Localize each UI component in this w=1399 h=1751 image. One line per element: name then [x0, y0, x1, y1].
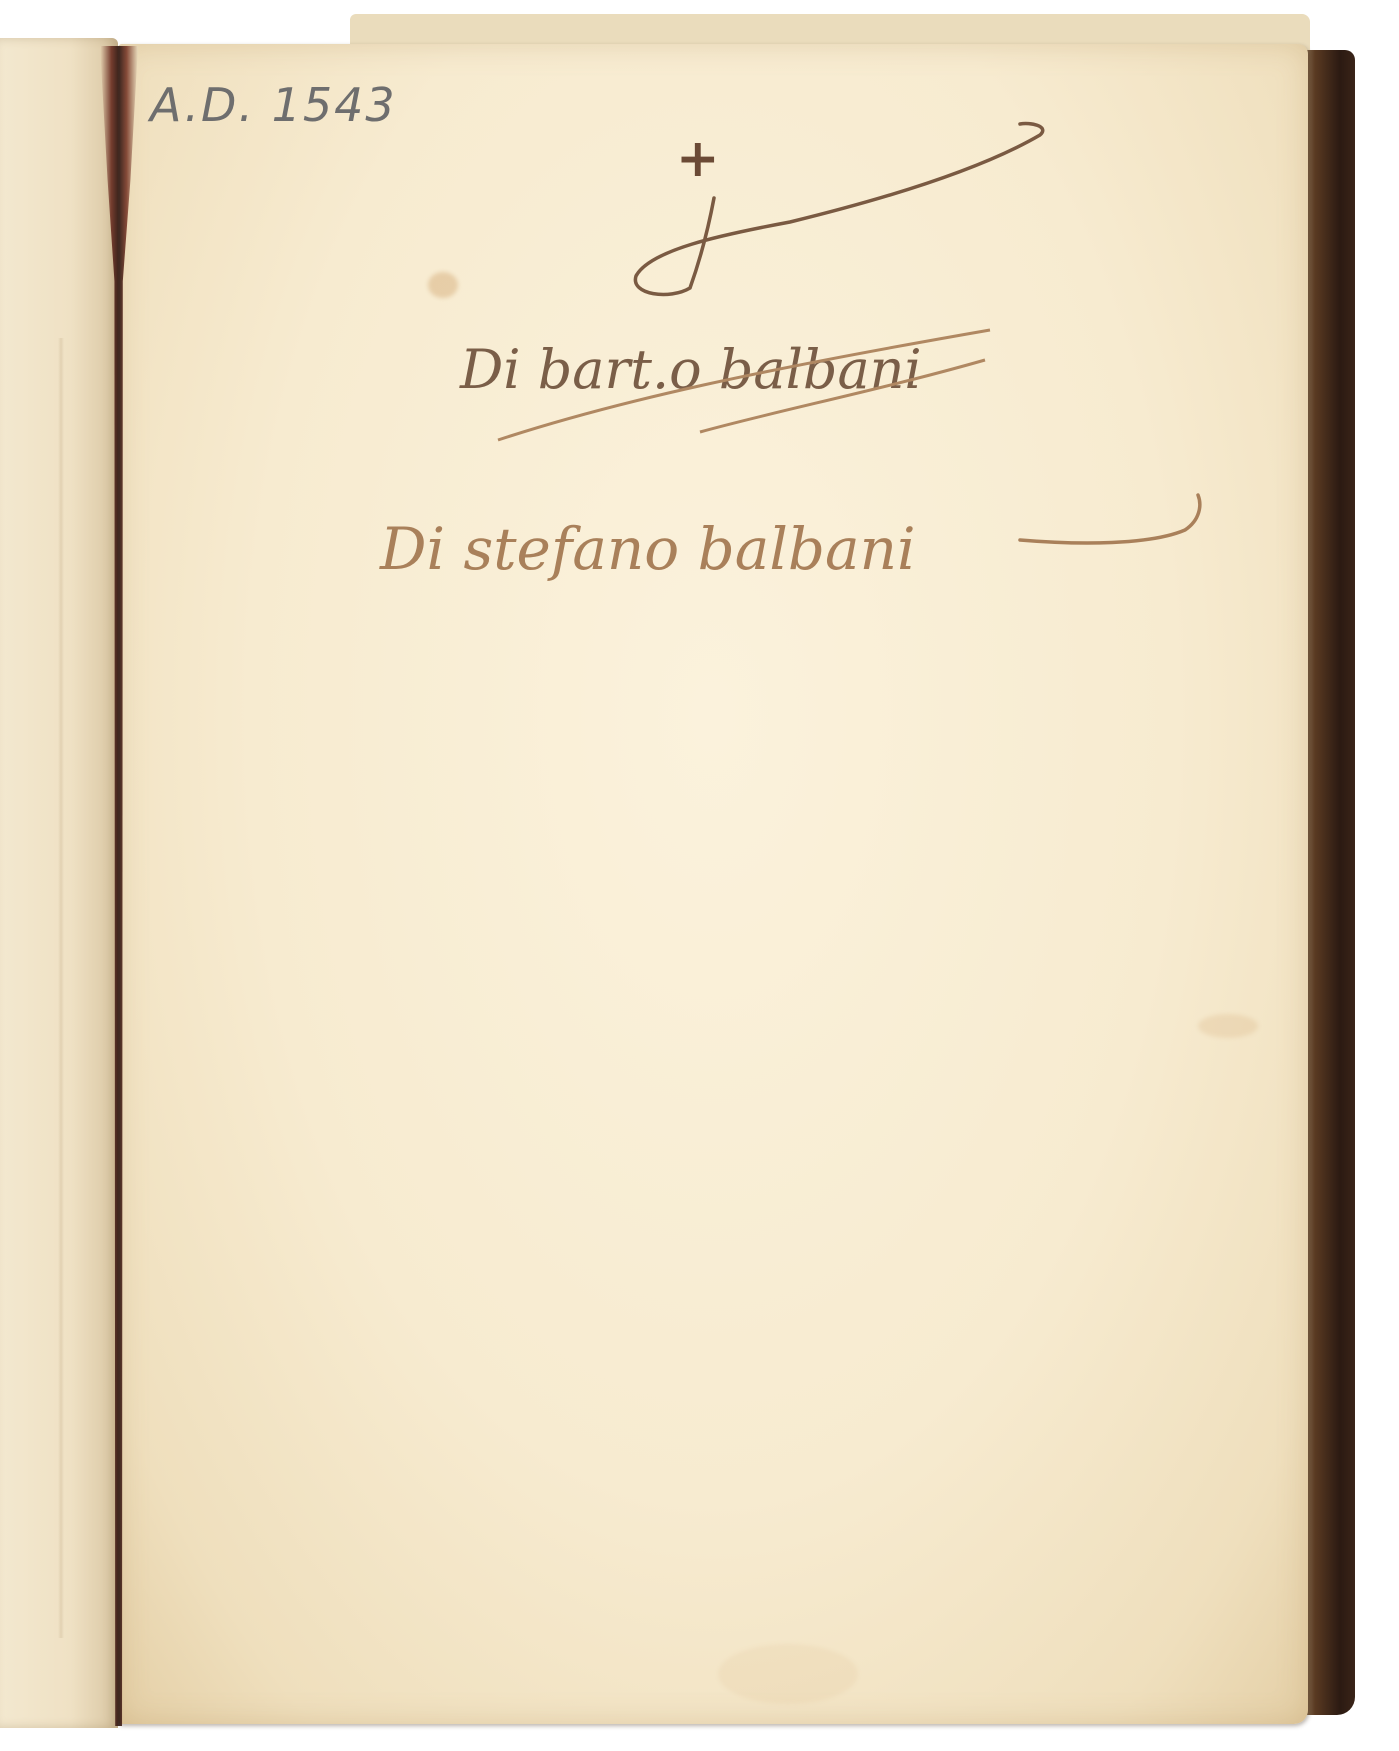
ink-stain: [428, 272, 458, 298]
foxing-stain: [718, 1644, 858, 1704]
book-photograph: A.D. 1543 + Di bart.o balbani Di stefano…: [0, 0, 1399, 1751]
ownership-inscription: Di stefano balbani: [380, 515, 916, 583]
struck-ownership-inscription: Di bart.o balbani: [460, 338, 922, 401]
pencil-date-note: A.D. 1543: [150, 78, 397, 132]
right-page: [118, 44, 1308, 1724]
left-page: [0, 38, 118, 1728]
cross-mark: +: [676, 128, 720, 189]
foxing-stain: [1198, 1014, 1258, 1038]
